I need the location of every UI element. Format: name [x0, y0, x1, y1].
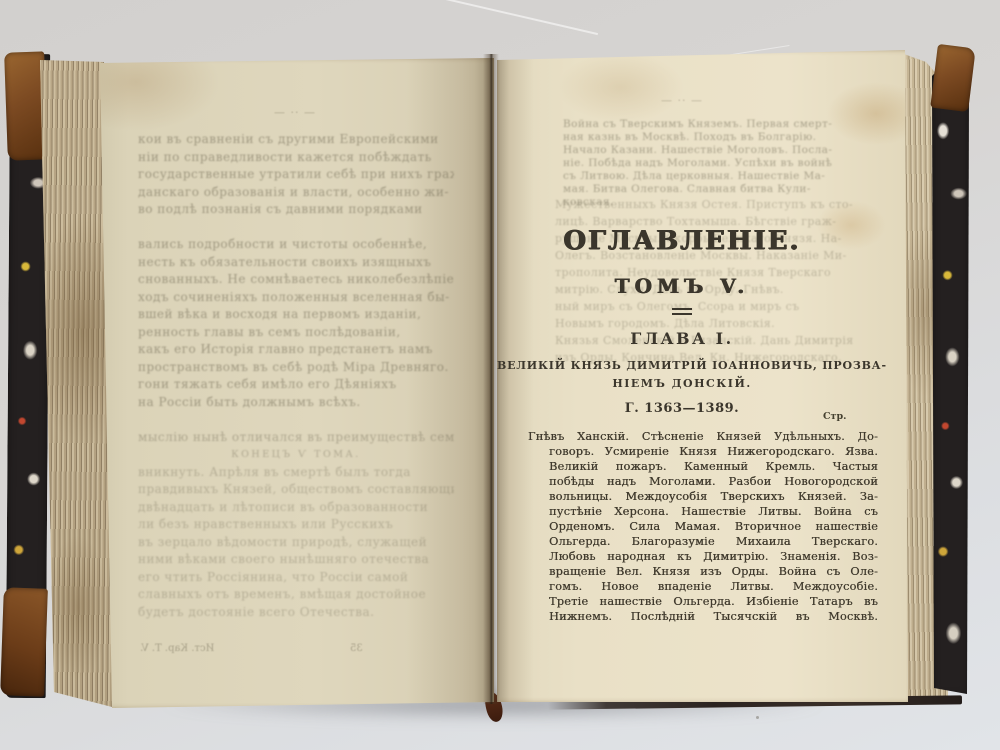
ghost-text-line: ходъ сочиненіяхъ положенныя вселенная бы… [138, 289, 454, 307]
toc-body-paragraph: Гнѣвъ Ханскій. Стѣсненіе Князей Удѣльных… [528, 429, 879, 624]
toc-body-line: Великій пожаръ. Каменный Кремль. Частыя [549, 459, 878, 474]
ghost-text-line: ніи по справедливости кажется побѣждать [138, 149, 454, 167]
toc-body-line: вольницы. Междоусобія Тверскихъ Князей. … [549, 489, 878, 504]
toc-body-line: пустѣніе Херсона. Нашествіе Литвы. Война… [549, 504, 878, 519]
footer-sheet-number: 35 [350, 643, 363, 654]
ghost-text-line: будетъ достояніе всего Отечества. [138, 604, 454, 622]
chapter-title-line: НІЕМЪ ДОНСКІЙ. [497, 377, 867, 390]
toc-body-line: вращеніе Вел. Князя изъ Орды. Война съ О… [549, 564, 878, 579]
toc-body-line: побѣды надъ Моголами. Разбои Новогородск… [549, 474, 878, 489]
ghost-text-line: государственные утратили себѣ при нихъ г… [138, 166, 454, 184]
chapter-title-line: ВЕЛИКІЙ КНЯЗЬ ДИМИТРІЙ ІОАННОВИЧЬ, ПРОЗВ… [497, 359, 867, 372]
leather-corner-top-right [930, 44, 976, 112]
ghost-text-line: ніе. Побѣда надъ Моголами. Успѣхи въ вой… [563, 157, 903, 170]
toc-heading: ОГЛАВЛЕНІЕ. [497, 226, 867, 256]
page-column-label: Стр. [823, 411, 846, 422]
ghost-text-line: мыслію нынѣ отличался въ преимуществѣ се… [138, 429, 454, 447]
ghost-text-line: ная казнь въ Москвѣ. Походъ въ Болгарію. [563, 131, 903, 144]
right-page: — ·· — Война съ Тверскимъ Княземъ. Перва… [497, 48, 909, 704]
ghost-text-line: ренность главы въ семъ послѣдованіи, [138, 324, 454, 342]
ghost-text-line: Война съ Тверскимъ Княземъ. Первая смерт… [563, 118, 903, 131]
ghost-text-line: несть къ обязательности своихъ изящныхъ [138, 254, 454, 272]
ghost-text-line: въ зерцало вѣдомости природѣ, служащей [138, 534, 454, 552]
footer-signature-mark: Ист. Кар. Т. V. [140, 643, 214, 654]
page-header-mark: — ·· — [497, 94, 867, 107]
toc-body-line: гомъ. Новое впаденіе Литвы. Междоусобіе. [549, 579, 878, 594]
toc-body-line: Любовь народная къ Димитрію. Знаменія. В… [549, 549, 878, 564]
ghost-text-line: Мужественныхъ Князя Остея. Приступъ къ с… [555, 196, 900, 213]
toc-body-line: Третіе нашествіе Ольгерда. Избіеніе Тата… [549, 594, 878, 609]
ghost-text-line: КОНЕЦЪ Ѵ ТОМА. [138, 446, 454, 464]
ghost-text-line: ними вѣками своего нынѣшняго отечества [138, 551, 454, 569]
ghost-text-line: Начало Казани. Нашествіе Моголовъ. Посла… [563, 144, 903, 157]
ghost-text-line [138, 411, 454, 429]
ghost-text-line: славныхъ отъ временъ, вмѣщая достойное [138, 586, 454, 604]
ghost-text-line: какъ его Исторія главно предстанетъ намъ [138, 341, 454, 359]
chapter-heading: ГЛАВА I. [497, 329, 867, 348]
ghost-text-line: его чтить Россіянина, что Россіи самой [138, 569, 454, 587]
page-header-mark: — ·· — [96, 106, 494, 119]
ghost-text-line: двѣнадцать и лѣтописи въ образованности [138, 499, 454, 517]
ghost-text-line: вникнуть. Апрѣля въ смертѣ былъ тогда [138, 464, 454, 482]
ghost-text-line: вшей вѣка и восходя на первомъ изданіи, [138, 306, 454, 324]
photo-scene: — ·· — кои въ сравненіи съ другими Европ… [0, 0, 1000, 750]
ghost-text-line [138, 219, 454, 237]
ghost-text-line: кои въ сравненіи съ другими Европейскими [138, 131, 454, 149]
ghost-text-line: пространствомъ въ себѣ родѣ Міра Древняг… [138, 359, 454, 377]
section-rule [497, 308, 867, 318]
ghost-text-line: вались подробности и чистоты особеннѣе, [138, 236, 454, 254]
toc-body-line: Нижнемъ. Послѣдній Тысячскій въ Москвѣ. [549, 609, 878, 624]
ghost-text-line: во подлѣ познанія съ давними порядками [138, 201, 454, 219]
right-cover-marbled [932, 68, 969, 696]
years-range: Г. 1363—1389. [497, 401, 867, 416]
toc-body-line: Орденомъ. Сила Мамая. Вторичное нашестві… [549, 519, 878, 534]
show-through-text-block: кои въ сравненіи съ другими Европейскими… [138, 131, 454, 621]
toc-body-line: говоръ. Усмиреніе Князя Нижегородскаго. … [549, 444, 878, 459]
toc-body-line: Ольгерда. Благоразуміе Михаила Тверскаго… [549, 534, 878, 549]
ghost-text-line: мая. Битва Олегова. Славная битва Кули- [563, 183, 903, 196]
ghost-text-line: правдивыхъ Князей, обществомъ составляющ… [138, 481, 454, 499]
ghost-text-line: съ Литвою. Дѣла церковныя. Нашествіе Ма- [563, 170, 903, 183]
leather-corner-bottom-left [0, 587, 48, 696]
ghost-text-line: гони тяжать себя имѣло его Дѣяніяхъ [138, 376, 454, 394]
toc-body-line: Гнѣвъ Ханскій. Стѣсненіе Князей Удѣльных… [528, 429, 878, 444]
left-page: — ·· — кои въ сравненіи съ другими Европ… [96, 56, 494, 710]
volume-heading: ТОМЪ V. [497, 274, 867, 298]
ghost-text-line: на Россіи быть должнымъ всѣхъ. [138, 394, 454, 412]
ghost-text-line: ли безъ нравственныхъ или Русскихъ [138, 516, 454, 534]
surface-scratch [432, 0, 598, 35]
ghost-text-line: данскаго образованія и власти, особенно … [138, 184, 454, 202]
ghost-text-line: снованныхъ. Не сомнѣваетесь николебезлѣп… [138, 271, 454, 289]
